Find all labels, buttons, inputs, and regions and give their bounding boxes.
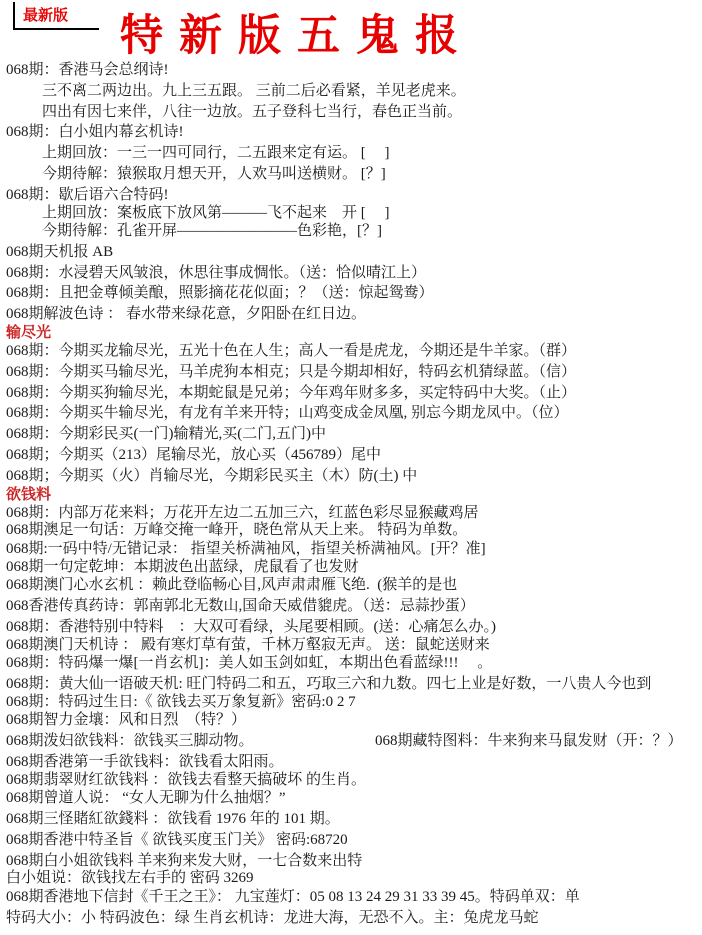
- text-line: 今期待解：孔雀开屏————————色彩艳，[？]: [6, 221, 702, 242]
- text-line: 068期三怪賭紅欲錢料 ：欲钱看 1976 年的 101 期。: [6, 809, 702, 830]
- text-line: 068期白小姐欲钱料 羊来狗来发大财，一七合数来出特: [6, 851, 702, 872]
- text-line: 068期：香港特别中特料 ：大双可看绿，头尾要相顾。(送：心痛怎么办。): [6, 617, 702, 638]
- text-line: 上期回放：一三一四可同行，二五跟来定有运。 [ ]: [6, 143, 702, 164]
- text-line: 068期澳足一句话：万峰交掩一峰开，晓色常从天上来。 特码为单数。: [6, 523, 702, 539]
- text-line: 068期：今期买马输尽光，马羊虎狗本相克；只是今期却相好，特码玄机猜绿蓝。（信）: [6, 362, 702, 383]
- text-line: 068期智力金壤：风和日烈 （特？）: [6, 710, 702, 731]
- text-line: 068期：且把金尊倾美酿，照影摘花花似面；？（送：惊起鸳鸯）: [6, 283, 702, 304]
- text-line: 068期：香港马会总纲诗!: [6, 60, 702, 81]
- section-header: 输尽光: [6, 325, 702, 341]
- text-line: 068期；今期买（火）肖输尽光，今期彩民买主（木）防(土) 中: [6, 466, 702, 487]
- latest-edition-badge: 最新版: [13, 2, 99, 30]
- text-line: 068期：水浸碧天风皱浪，休思往事成惆怅。（送：恰似晴江上）: [6, 263, 702, 284]
- text-line: 068期：今期买狗输尽光，本期蛇鼠是兄弟；今年鸡年财多多，买定特码中大奖。（止）: [6, 383, 702, 404]
- text-line: 068期解波色诗 ： 春水带来绿花意，夕阳卧在红日边。: [6, 304, 702, 325]
- text-line: 068期香港第一手欲钱料：欲钱看太阳雨。: [6, 752, 702, 773]
- text-line: 068期：今期彩民买(一门)输精光,买(二门,五门)中: [6, 424, 702, 445]
- latest-edition-badge-label: 最新版: [23, 8, 68, 24]
- text-line: 068期：今期买牛输尽光，有龙有羊来开特；山鸡变成金凤凰, 别忘今期龙凤中。（位…: [6, 403, 702, 424]
- text-line: 特码大小：小 特码波色：绿 生肖玄机诗：龙进大海，无恐不入。主：兔虎龙马蛇: [6, 908, 702, 929]
- section-header: 欲钱料: [6, 487, 702, 503]
- header: 最新版 特新版五鬼报: [0, 0, 702, 57]
- text-line: 068期澳门天机诗 ： 殿有寒灯草有萤，千林万壑寂无声。 送：鼠蛇送财来: [6, 638, 702, 654]
- text-line: 今期待解：猿猴取月想天开，人欢马叫送横财。 [？]: [6, 164, 702, 185]
- text-line-left: 068期泼妇欲钱料：欲钱买三脚动物。: [6, 733, 254, 749]
- text-line: 068期；今期买（213）尾输尽光，放心买（456789）尾中: [6, 445, 702, 466]
- page-title: 特新版五鬼报: [120, 2, 474, 63]
- text-line: 068期天机报 AB: [6, 242, 702, 263]
- page: 最新版 特新版五鬼报 068期：香港马会总纲诗!三不离二两边出。九上三五跟。 三…: [0, 0, 702, 935]
- text-line: 068期：歇后语六合特码!: [6, 185, 702, 206]
- text-line: 068期：今期买龙输尽光，五光十色在人生；高人一看是虎龙，今期还是牛羊家。（群）: [6, 341, 702, 362]
- text-line: 068期翡翠财红欲钱料 ：欲钱去看整天搞破坏 的生肖。: [6, 773, 702, 789]
- text-line: 068期：白小姐内幕玄机诗!: [6, 122, 702, 143]
- text-line: 四出有因七来伴，八往一边放。五子登科七当行，春色正当前。: [6, 102, 702, 123]
- text-line: 白小姐说：欲钱找左右手的 密码 3269: [6, 871, 702, 887]
- text-line: 068期香港地下信封《千王之王》： 九宝莲灯：05 08 13 24 29 31…: [6, 887, 702, 908]
- text-line: 068期一句定乾坤：本期波色出蓝绿，虎鼠看了也发财: [6, 560, 702, 576]
- text-line: 068期澳门心水玄机 ：赖此登临畅心目,风声肃肃雁飞绝. (猴羊的是也: [6, 575, 702, 596]
- text-line: 上期回放：案板底下放风第———飞不起来 开 [ ]: [6, 206, 702, 222]
- content: 068期：香港马会总纲诗!三不离二两边出。九上三五跟。 三前二后必看紧，羊见老虎…: [0, 57, 702, 928]
- text-line: 068期：内部万花来料；万花开左边二五加三六，红蓝色彩尽显猴藏鸡居: [6, 503, 702, 524]
- text-line: 068期：特码过生日:《 欲钱去买万象复新》密码:0 2 7: [6, 695, 702, 711]
- text-line: 068期泼妇欲钱料：欲钱买三脚动物。068期藏特图料：牛来狗来马鼠发财（开：？）: [6, 731, 702, 752]
- text-line: 068期:一码中特/无错记录： 指望关桥满袖风，指望关桥满袖风。[开？准]: [6, 539, 702, 560]
- text-line: 三不离二两边出。九上三五跟。 三前二后必看紧，羊见老虎来。: [6, 81, 702, 102]
- text-line: 068期：特码爆一爆[一肖玄机]：美人如玉剑如虹，本期出色看蓝绿!!! 。: [6, 653, 702, 674]
- text-line-right: 068期藏特图料：牛来狗来马鼠发财（开：？）: [375, 731, 683, 752]
- text-line: 068香港传真药诗：郭南郭北无数山,国命天威借貔虎。（送：忌蒜抄蛋）: [6, 596, 702, 617]
- text-line: 068期曾道人说： “女人无聊为什么抽烟？”: [6, 788, 702, 809]
- text-line: 068期香港中特圣旨《 欲钱买度玉门关》 密码:68720: [6, 830, 702, 851]
- text-line: 068期：黄大仙一语破天机: 旺门特码二和五，巧取三六和九数。四七上业是好数，一…: [6, 674, 702, 695]
